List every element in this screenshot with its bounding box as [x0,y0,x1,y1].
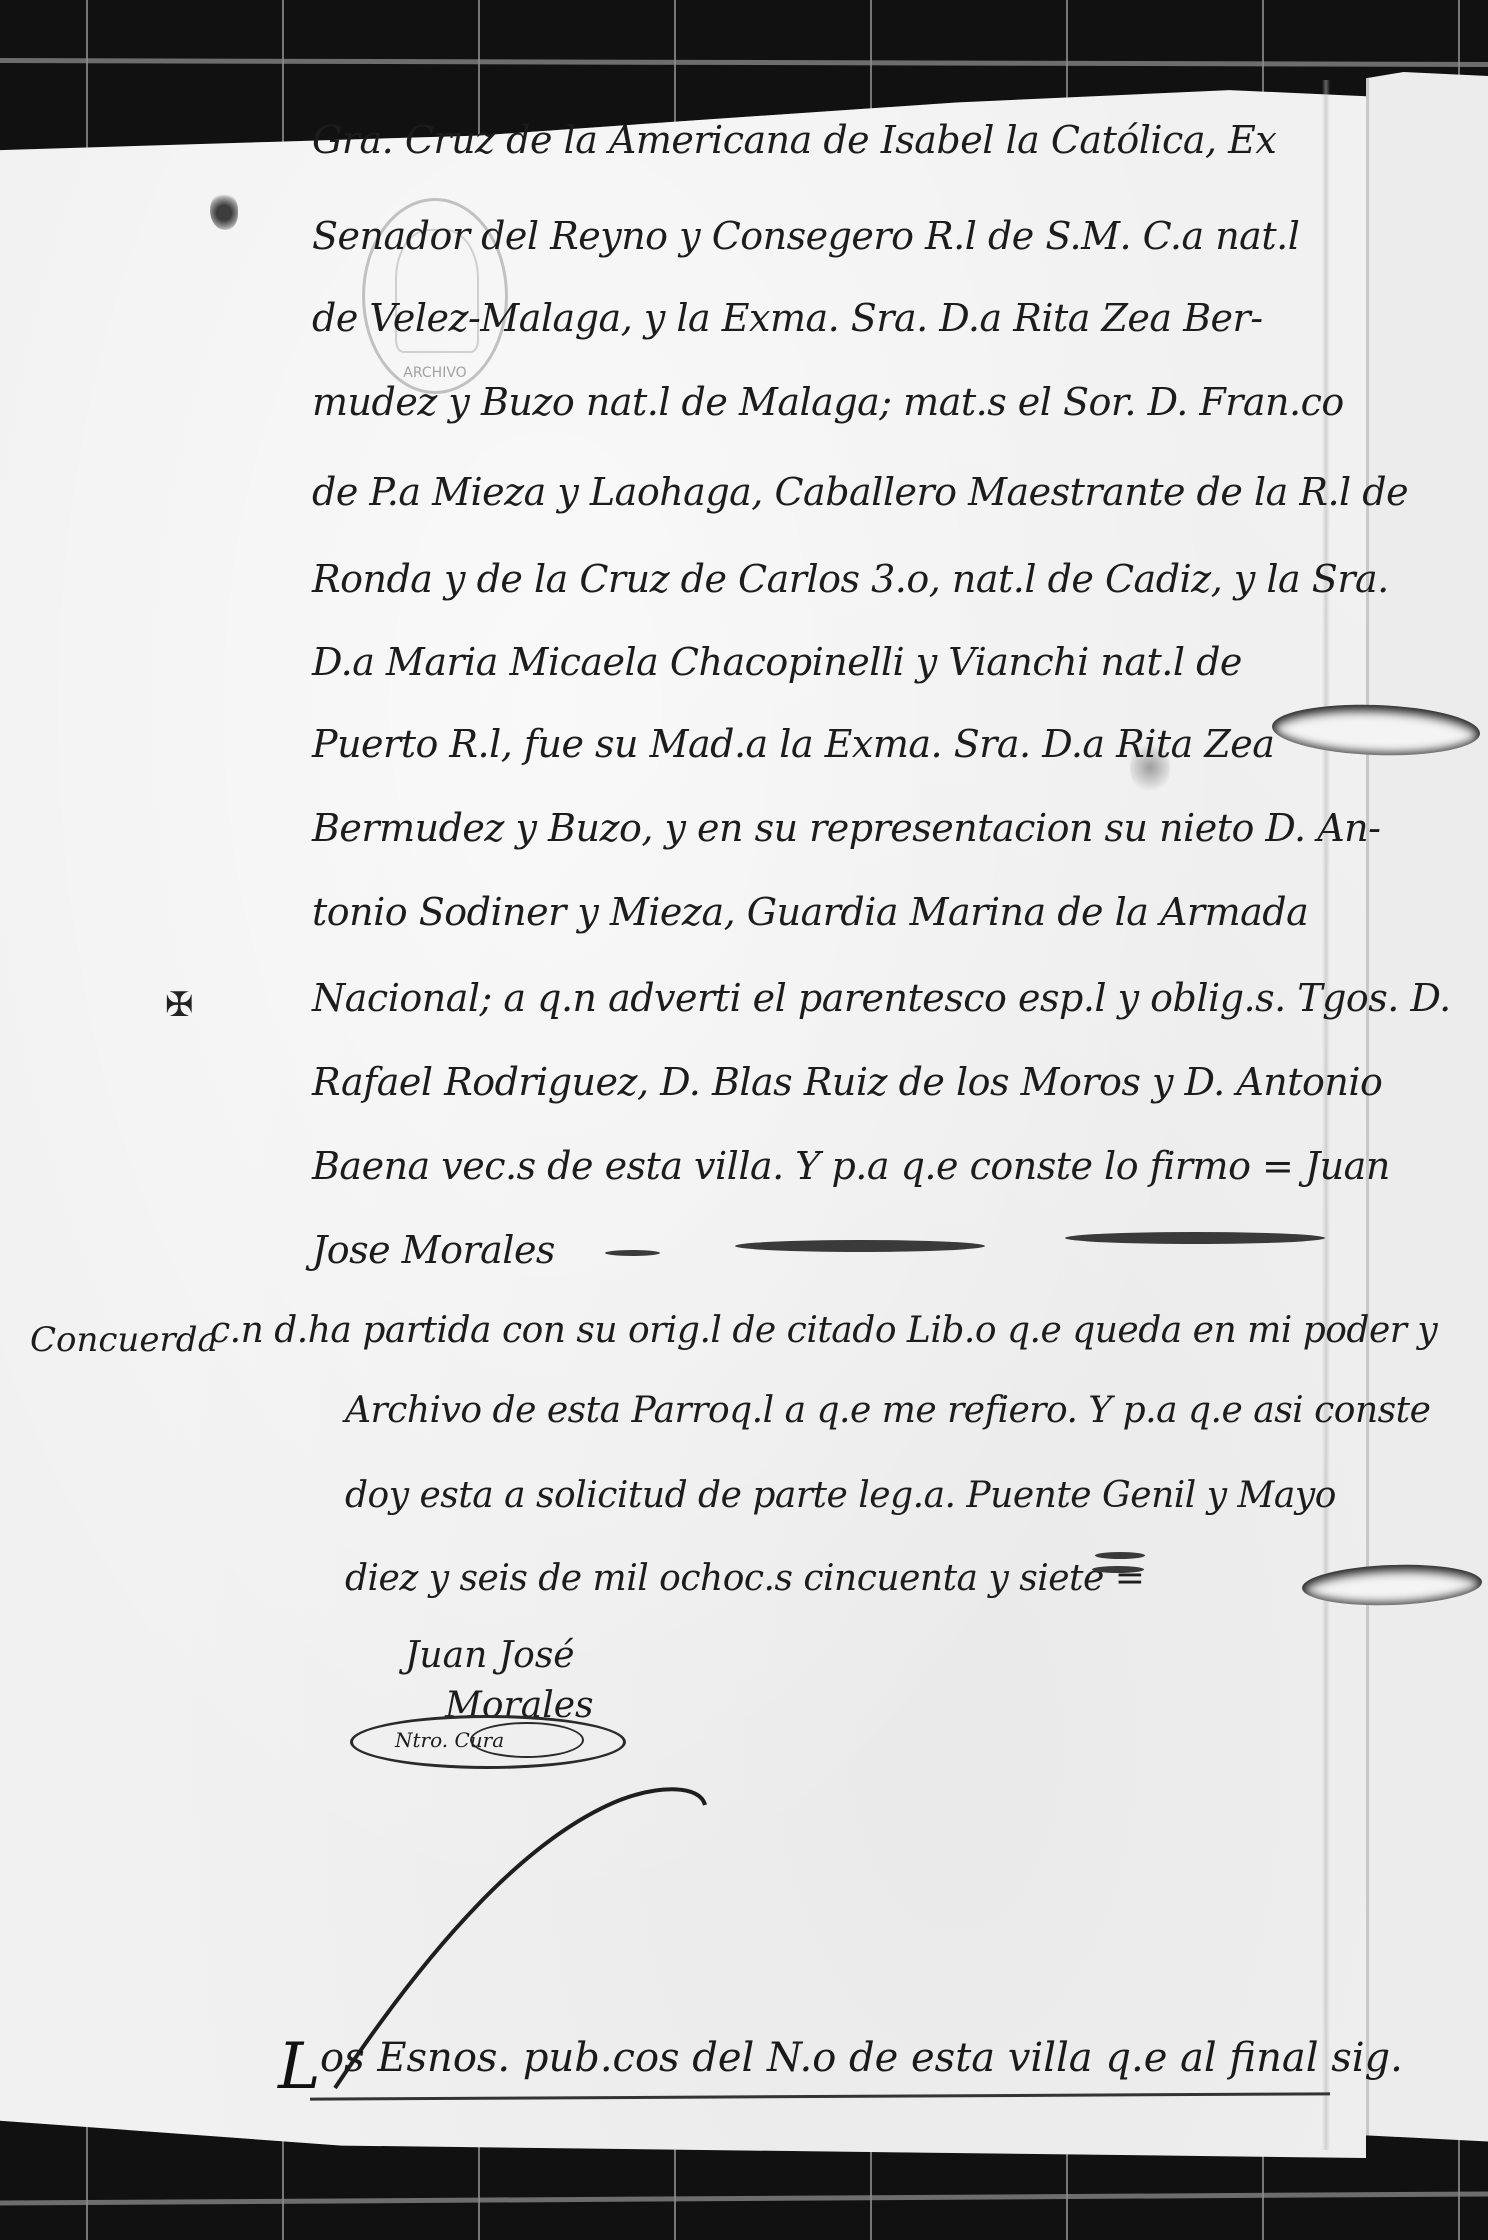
ink-blot [210,192,238,230]
text-line: Puerto R.l, fue su Mad.a la Exma. Sra. D… [312,722,1274,766]
text-line: diez y seis de mil ochoc.s cincuenta y s… [345,1558,1144,1599]
filler-dash [735,1240,985,1252]
text-line: Archivo de esta Parroq.l a q.e me refier… [345,1390,1430,1431]
text-line: Ronda y de la Cruz de Carlos 3.o, nat.l … [312,557,1389,601]
text-line: Bermudez y Buzo, y en su representacion … [312,806,1380,850]
double-dash-mark [1092,1566,1144,1573]
footer-text-line: os Esnos. pub.cos del N.o de esta villa … [320,2035,1403,2081]
text-line: Nacional; a q.n adverti el parentesco es… [312,976,1451,1020]
text-line: tonio Sodiner y Mieza, Guardia Marina de… [312,890,1308,934]
text-line: D.a Maria Micaela Chacopinelli y Vianchi… [312,640,1242,684]
adjacent-page-edge [1366,72,1488,2152]
signature-rubric-text: Ntro. Cura [395,1728,504,1752]
text-line: c.n d.ha partida con su orig.l de citado… [210,1310,1437,1351]
double-dash-mark [1095,1552,1145,1559]
stamp-label: ARCHIVO [403,365,466,381]
text-line: de P.a Mieza y Laohaga, Caballero Maestr… [312,470,1408,514]
text-line: mudez y Buzo nat.l de Malaga; mat.s el S… [312,380,1344,424]
text-line: Jose Morales [312,1228,555,1272]
filler-dash [605,1250,660,1256]
filler-dash [1065,1232,1325,1244]
text-line: Baena vec.s de esta villa. Y p.a q.e con… [312,1144,1390,1188]
text-line: Rafael Rodriguez, D. Blas Ruiz de los Mo… [312,1060,1382,1104]
text-line: doy esta a solicitud de parte leg.a. Pue… [345,1475,1336,1516]
signature-name: Juan José [405,1635,575,1676]
margin-note: Concuerda [30,1320,218,1360]
text-line: Gra. Cruz de la Americana de Isabel la C… [312,118,1276,162]
text-line: de Velez-Malaga, y la Exma. Sra. D.a Rit… [312,296,1263,340]
text-line: Senador del Reyno y Consegero R.l de S.M… [312,214,1299,258]
cross-mark-icon: ✠ [165,985,194,1025]
footer-initial: L [278,2030,321,2104]
